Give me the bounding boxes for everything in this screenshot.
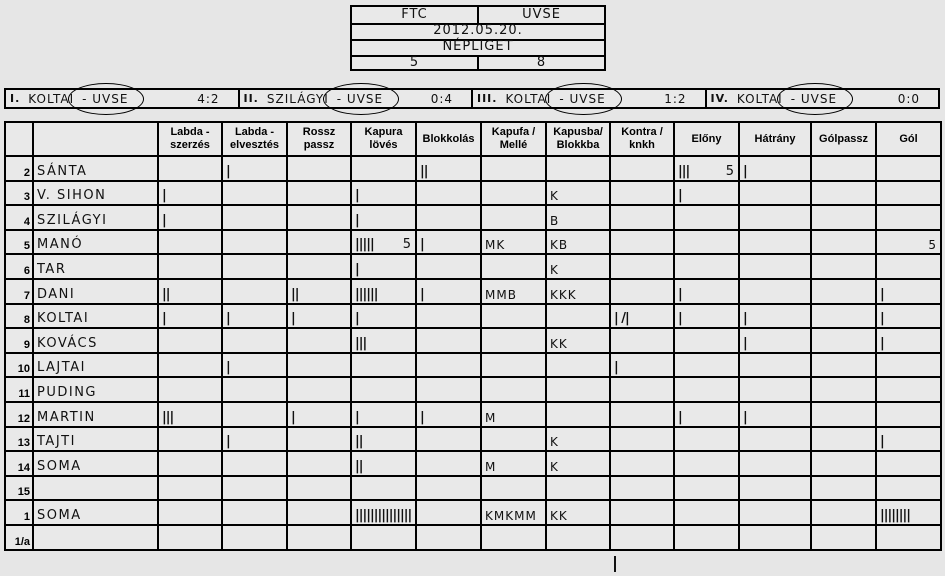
stat-cell: M [481, 402, 546, 427]
stat-cell [811, 205, 876, 230]
row-number: 10 [5, 353, 33, 378]
stat-cell [222, 525, 287, 550]
column-header: Rossz passz [287, 122, 351, 156]
row-number: 1 [5, 500, 33, 525]
row-number: 9 [5, 328, 33, 353]
stat-cell: | [610, 353, 674, 378]
stat-cell [158, 353, 222, 378]
stat-cell [674, 377, 739, 402]
row-number: 15 [5, 476, 33, 501]
tally-marks: | [420, 237, 424, 252]
stat-cell [610, 402, 674, 427]
stat-cell [158, 377, 222, 402]
stat-cell [222, 500, 287, 525]
stat-cell [287, 476, 351, 501]
table-row: 11PUDING [5, 377, 941, 402]
period-score: 4:2 [197, 92, 219, 106]
table-row: 1/a [5, 525, 941, 550]
stat-cell [481, 156, 546, 181]
stat-cell: | [222, 353, 287, 378]
tally-marks: | [226, 434, 230, 449]
stat-cell: || [416, 156, 481, 181]
stat-cell [416, 377, 481, 402]
stat-cell [416, 304, 481, 329]
stat-cell [351, 353, 416, 378]
column-header [5, 122, 33, 156]
stat-cell [610, 377, 674, 402]
stat-cell [610, 254, 674, 279]
stat-cell [739, 353, 811, 378]
stat-cell [811, 427, 876, 452]
stat-cell [674, 205, 739, 230]
tally-marks: | [743, 311, 747, 326]
player-name: SÁNTA [33, 156, 158, 181]
tally-marks: | /| [614, 311, 629, 326]
period-number: I. [10, 92, 20, 105]
table-row: 8KOLTAI||||| /|||| [5, 304, 941, 329]
player-name: TAJTI [33, 427, 158, 452]
stat-cell [158, 451, 222, 476]
cell-total: 5 [403, 237, 412, 252]
tally-marks: |||||||| [880, 508, 910, 523]
stat-cell [811, 279, 876, 304]
row-number: 2 [5, 156, 33, 181]
stat-cell [222, 254, 287, 279]
tally-marks: | [355, 262, 359, 277]
stat-cell [158, 254, 222, 279]
column-header: Labda - elvesztés [222, 122, 287, 156]
period-opponent: - UVSE [76, 92, 134, 106]
stat-cell [351, 476, 416, 501]
stat-cell [158, 476, 222, 501]
stat-cell [481, 476, 546, 501]
stat-cell [222, 230, 287, 255]
periods-strip: I.KOLTAI- UVSE4:2II.SZILÁGYI- UVSE0:4III… [4, 88, 940, 109]
stat-cell [876, 353, 941, 378]
tally-marks: ||| [355, 336, 366, 351]
stat-cell: M [481, 451, 546, 476]
stat-cell [351, 156, 416, 181]
stat-cell [481, 427, 546, 452]
stat-cell [876, 181, 941, 206]
stat-cell [481, 304, 546, 329]
stat-cell [158, 525, 222, 550]
player-name: KOVÁCS [33, 328, 158, 353]
stat-cell [739, 476, 811, 501]
score-row: 5 8 [352, 55, 604, 71]
table-row: 2SÁNTA||||||5| [5, 156, 941, 181]
column-header: Kapusba/ Blokkba [546, 122, 610, 156]
row-number: 1/a [5, 525, 33, 550]
match-venue: NÉPLIGET [352, 39, 604, 55]
stat-cell [546, 156, 610, 181]
tally-marks: | [355, 410, 359, 425]
stat-cell [811, 230, 876, 255]
stat-cell [811, 500, 876, 525]
stat-cell: 5 [876, 230, 941, 255]
stat-cell [610, 156, 674, 181]
stat-cell: | /| [610, 304, 674, 329]
stat-cell [876, 451, 941, 476]
stat-cell [811, 181, 876, 206]
column-header: Hátrány [739, 122, 811, 156]
stat-cell [287, 328, 351, 353]
stat-cell [546, 525, 610, 550]
stat-cell [287, 156, 351, 181]
tally-marks: | [614, 360, 618, 375]
stat-cell [610, 476, 674, 501]
tally-marks: ||| [678, 164, 689, 179]
table-row: 5MANÓ|||||5|MKKB5 [5, 230, 941, 255]
stat-cell [287, 451, 351, 476]
tally-marks: | [743, 164, 747, 179]
stat-cell [351, 377, 416, 402]
stat-cell: | [351, 304, 416, 329]
stat-cell [287, 254, 351, 279]
stat-cell [674, 328, 739, 353]
stat-cell [158, 156, 222, 181]
stat-cell [811, 525, 876, 550]
stat-cell: ||| [158, 402, 222, 427]
home-score: 5 [352, 55, 477, 71]
stat-cell [610, 328, 674, 353]
stat-cell [158, 427, 222, 452]
stat-cell [811, 328, 876, 353]
player-name: PUDING [33, 377, 158, 402]
tally-marks: | [355, 213, 359, 228]
stat-cell: | [876, 304, 941, 329]
stat-cell [287, 377, 351, 402]
tally-marks: | [420, 410, 424, 425]
stat-cell [416, 205, 481, 230]
player-name [33, 476, 158, 501]
stat-cell: | [158, 205, 222, 230]
period-opponent: - UVSE [331, 92, 389, 106]
home-team: FTC [352, 7, 477, 23]
period-opponent: - UVSE [553, 92, 611, 106]
stat-cell: K [546, 427, 610, 452]
tally-marks: ||||||||||||||| [355, 508, 411, 523]
stat-cell [416, 254, 481, 279]
stat-cell: |||||| [351, 279, 416, 304]
stat-cell: | [876, 279, 941, 304]
column-header: Blokkolás [416, 122, 481, 156]
stat-cell: KK [546, 500, 610, 525]
table-row: 10LAJTAI|| [5, 353, 941, 378]
tally-marks: | [743, 336, 747, 351]
stat-cell [811, 353, 876, 378]
stat-cell [674, 500, 739, 525]
row-number: 14 [5, 451, 33, 476]
stat-cell [876, 476, 941, 501]
stat-cell: | [416, 402, 481, 427]
stat-cell: | [416, 279, 481, 304]
stat-cell: |||||5 [351, 230, 416, 255]
tally-marks: | [355, 188, 359, 203]
stat-cell [287, 525, 351, 550]
table-row: 12MARTIN||||||M|| [5, 402, 941, 427]
period-goalkeeper: SZILÁGYI [267, 92, 329, 106]
tally-marks: || [291, 287, 299, 302]
stat-cell [674, 525, 739, 550]
stat-cell [222, 402, 287, 427]
stat-cell: || [158, 279, 222, 304]
column-header: Labda - szerzés [158, 122, 222, 156]
stat-cell [674, 254, 739, 279]
player-name: LAJTAI [33, 353, 158, 378]
stat-cell: | [739, 156, 811, 181]
tally-marks: | [420, 287, 424, 302]
stat-cell [287, 500, 351, 525]
tally-marks: | [678, 410, 682, 425]
stat-cell: MK [481, 230, 546, 255]
player-name: SOMA [33, 500, 158, 525]
pen-mark [614, 556, 616, 572]
stat-cell [739, 500, 811, 525]
row-number: 13 [5, 427, 33, 452]
tally-marks: || [355, 459, 363, 474]
tally-marks: |||||| [355, 287, 378, 302]
stat-cell: K [546, 181, 610, 206]
stat-cell [876, 525, 941, 550]
stat-cell [222, 451, 287, 476]
stat-cell [222, 377, 287, 402]
row-number: 3 [5, 181, 33, 206]
stat-cell: KK [546, 328, 610, 353]
stat-cell [739, 377, 811, 402]
player-name: SZILÁGYI [33, 205, 158, 230]
stat-cell [610, 205, 674, 230]
stat-cell [481, 205, 546, 230]
row-number: 12 [5, 402, 33, 427]
tally-marks: | [880, 434, 884, 449]
stat-cell [610, 279, 674, 304]
stat-cell [287, 181, 351, 206]
stat-cell [287, 205, 351, 230]
stat-cell: | [876, 427, 941, 452]
row-number: 11 [5, 377, 33, 402]
stat-cell [739, 254, 811, 279]
player-name: MANÓ [33, 230, 158, 255]
stat-cell [546, 476, 610, 501]
stat-cell: | [222, 156, 287, 181]
stat-cell [811, 476, 876, 501]
match-info-box: FTC UVSE 2012.05.20. NÉPLIGET 5 8 [350, 5, 606, 71]
stat-cell [481, 254, 546, 279]
stat-cell: || [351, 451, 416, 476]
player-name: SOMA [33, 451, 158, 476]
period-1: I.KOLTAI- UVSE4:2 [6, 90, 238, 107]
stat-cell: | [287, 402, 351, 427]
player-name: V. SIHON [33, 181, 158, 206]
table-row: 13TAJTI|||K| [5, 427, 941, 452]
stat-cell: | [351, 402, 416, 427]
stat-cell [546, 377, 610, 402]
stat-cell: || [287, 279, 351, 304]
stat-cell [416, 427, 481, 452]
stat-cell [222, 476, 287, 501]
stat-cell: KKK [546, 279, 610, 304]
away-score: 8 [477, 55, 604, 71]
stat-cell [351, 525, 416, 550]
away-team: UVSE [477, 7, 604, 23]
stat-cell [416, 451, 481, 476]
tally-marks: | [880, 287, 884, 302]
stat-cell [158, 230, 222, 255]
stat-cell [416, 476, 481, 501]
row-number: 4 [5, 205, 33, 230]
period-score: 0:0 [898, 92, 920, 106]
tally-marks: | [880, 336, 884, 351]
player-name: DANI [33, 279, 158, 304]
stat-cell [222, 328, 287, 353]
player-name: MARTIN [33, 402, 158, 427]
tally-marks: | [355, 311, 359, 326]
stat-cell [481, 377, 546, 402]
tally-marks: | [743, 410, 747, 425]
stat-cell [876, 156, 941, 181]
stat-cell [739, 230, 811, 255]
player-name: TAR [33, 254, 158, 279]
tally-marks: | [291, 311, 295, 326]
stat-cell: KMKMM [481, 500, 546, 525]
stat-cell [674, 353, 739, 378]
stat-cell: | [674, 181, 739, 206]
tally-marks: || [162, 287, 170, 302]
period-score: 0:4 [431, 92, 453, 106]
tally-marks: ||||| [355, 237, 374, 252]
stat-cell [222, 205, 287, 230]
tally-marks: | [162, 213, 166, 228]
stat-cell [416, 353, 481, 378]
column-header: Gólpassz [811, 122, 876, 156]
table-row: 1SOMA|||||||||||||||KMKMMKK|||||||| [5, 500, 941, 525]
tally-marks: || [355, 434, 363, 449]
period-score: 1:2 [664, 92, 686, 106]
stat-cell [674, 230, 739, 255]
stat-cell: MMB [481, 279, 546, 304]
tally-marks: | [678, 188, 682, 203]
period-4: IV.KOLTAI- UVSE0:0 [705, 90, 939, 107]
stat-cell [610, 181, 674, 206]
stat-cell [674, 476, 739, 501]
period-2: II.SZILÁGYI- UVSE0:4 [238, 90, 472, 107]
stat-cell: |||||||| [876, 500, 941, 525]
stat-cell: ||||||||||||||| [351, 500, 416, 525]
table-row: 7DANI|||||||||||MMBKKK|| [5, 279, 941, 304]
stat-cell: | [416, 230, 481, 255]
stat-cell: K [546, 451, 610, 476]
stat-cell [739, 451, 811, 476]
column-header: Kapura lövés [351, 122, 416, 156]
stat-cell: || [351, 427, 416, 452]
stat-cell [876, 377, 941, 402]
period-number: IV. [711, 92, 729, 105]
table-row: 6TAR|K [5, 254, 941, 279]
stat-cell [287, 230, 351, 255]
column-header: Kapufa / Mellé [481, 122, 546, 156]
stat-cell [811, 156, 876, 181]
stat-cell: | [351, 254, 416, 279]
tally-marks: | [226, 360, 230, 375]
tally-marks: | [880, 311, 884, 326]
row-number: 7 [5, 279, 33, 304]
stat-cell [739, 427, 811, 452]
stat-cell [811, 254, 876, 279]
stat-cell: | [674, 279, 739, 304]
stat-cell [739, 181, 811, 206]
stat-cell [287, 427, 351, 452]
tally-marks: ||| [162, 410, 173, 425]
table-header: Labda - szerzésLabda - elvesztésRossz pa… [5, 122, 941, 156]
stat-cell [739, 205, 811, 230]
stat-cell [481, 353, 546, 378]
stat-cell [158, 500, 222, 525]
stat-cell [739, 525, 811, 550]
player-name [33, 525, 158, 550]
stat-cell [416, 500, 481, 525]
table-row: 4SZILÁGYI||B [5, 205, 941, 230]
stat-cell [416, 525, 481, 550]
tally-marks: | [678, 311, 682, 326]
row-number: 6 [5, 254, 33, 279]
stat-cell: KB [546, 230, 610, 255]
row-number: 8 [5, 304, 33, 329]
table-row: 15 [5, 476, 941, 501]
period-number: III. [477, 92, 497, 105]
period-goalkeeper: KOLTAI [737, 92, 783, 106]
stat-cell [546, 353, 610, 378]
tally-marks: | [226, 311, 230, 326]
stat-cell [811, 402, 876, 427]
stat-cell [674, 451, 739, 476]
stat-cell [416, 328, 481, 353]
period-opponent: - UVSE [785, 92, 843, 106]
stat-cell [876, 205, 941, 230]
stat-cell [546, 402, 610, 427]
stat-cell [610, 451, 674, 476]
stat-cell [739, 279, 811, 304]
stat-cell: | [674, 402, 739, 427]
stat-cell [546, 304, 610, 329]
player-name: KOLTAI [33, 304, 158, 329]
stat-cell: | [739, 304, 811, 329]
tally-marks: | [291, 410, 295, 425]
stat-cell: | [158, 181, 222, 206]
stat-cell [416, 181, 481, 206]
stat-cell [481, 181, 546, 206]
match-date: 2012.05.20. [352, 23, 604, 39]
player-stats-table: Labda - szerzésLabda - elvesztésRossz pa… [4, 121, 942, 551]
tally-marks: | [226, 164, 230, 179]
tally-marks: | [162, 188, 166, 203]
stat-cell [222, 181, 287, 206]
stat-cell: K [546, 254, 610, 279]
stat-cell: | [674, 304, 739, 329]
stat-cell: | [158, 304, 222, 329]
stat-cell [610, 525, 674, 550]
period-3: III.KOLTAI- UVSE1:2 [471, 90, 705, 107]
stat-cell [876, 254, 941, 279]
stat-cell [674, 427, 739, 452]
stat-cell [876, 402, 941, 427]
tally-marks: | [678, 287, 682, 302]
stat-cell: | [222, 304, 287, 329]
period-number: II. [244, 92, 259, 105]
stat-cell [811, 451, 876, 476]
stat-cell [222, 279, 287, 304]
stat-cell: | [351, 205, 416, 230]
